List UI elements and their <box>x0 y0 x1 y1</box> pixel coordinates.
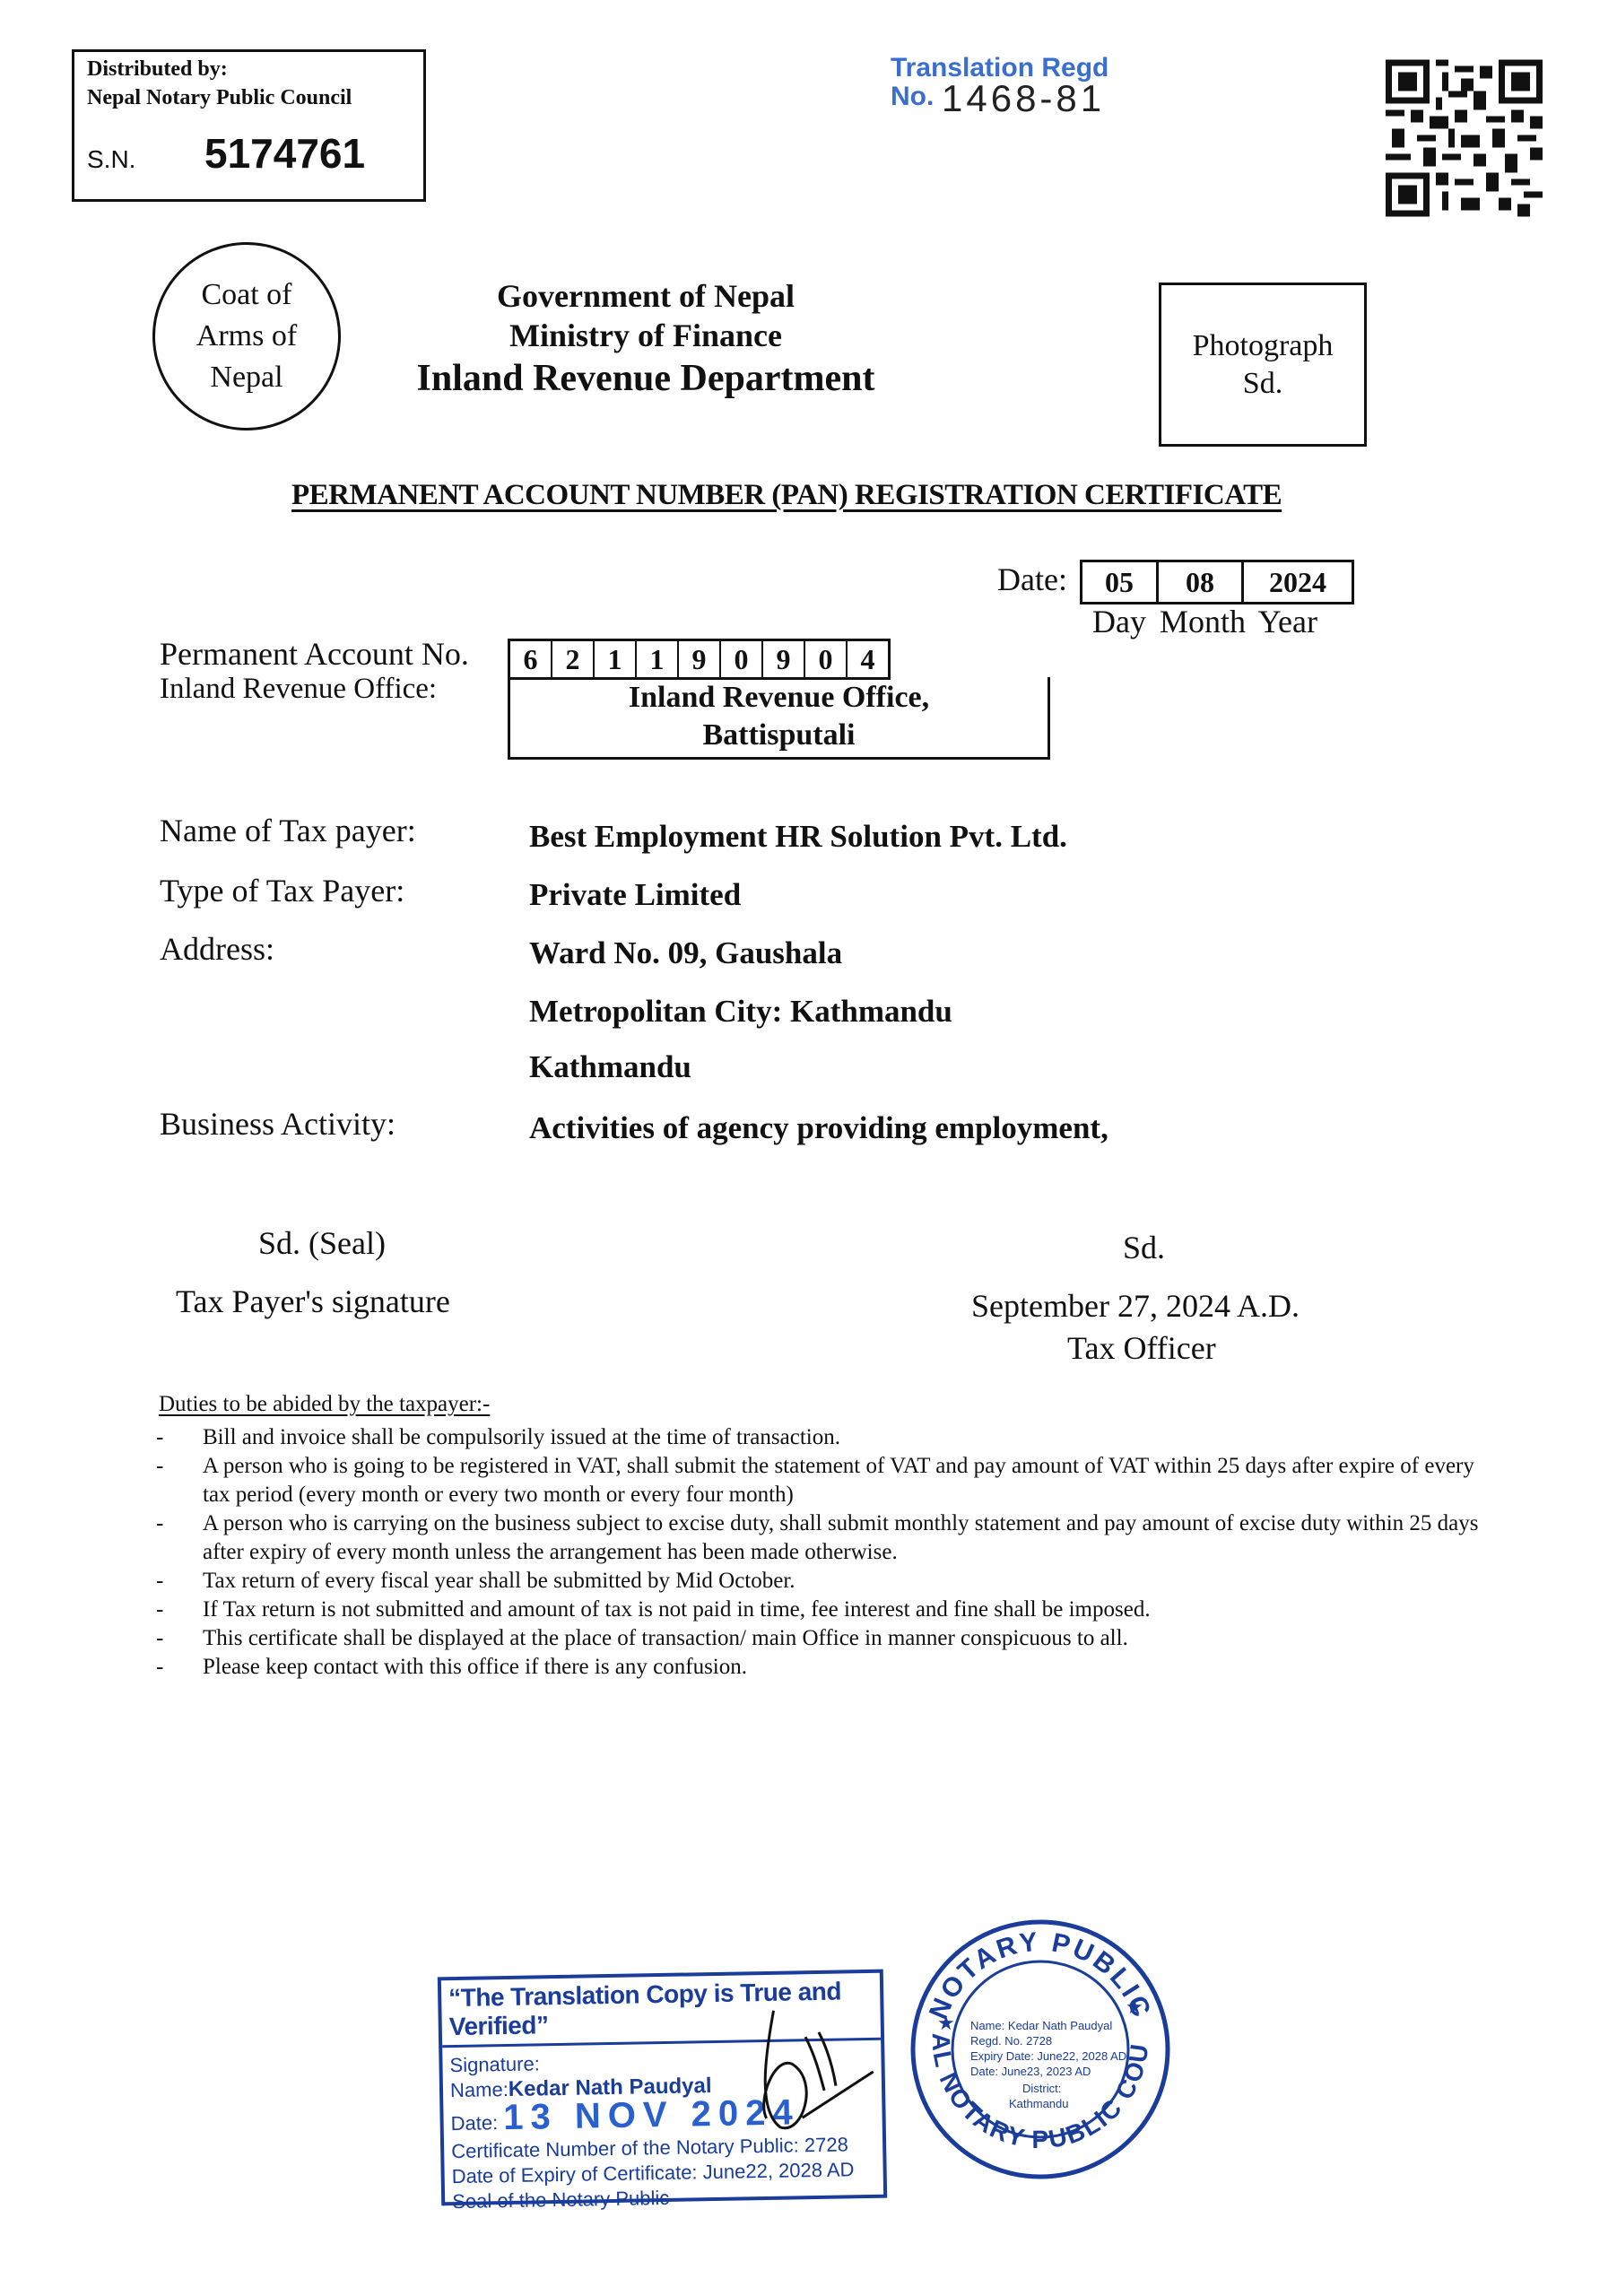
officer-signed: Sd. <box>1123 1229 1165 1266</box>
date-day: 05 <box>1082 562 1159 602</box>
pan-digit: 1 <box>637 641 679 677</box>
office-line-2: Battisputali <box>510 717 1048 754</box>
stamp-name-label: Name: <box>450 2078 509 2101</box>
distributor-box: Distributed by: Nepal Notary Public Coun… <box>72 49 426 202</box>
coat-line-2: Arms of <box>196 316 297 357</box>
pan-digit: 0 <box>805 641 848 677</box>
taxpayer-name-value: Best Employment HR Solution Pvt. Ltd. <box>529 819 1067 855</box>
serial-number: 5174761 <box>204 129 365 178</box>
government-header: Government of Nepal Ministry of Finance … <box>395 276 897 402</box>
seal-regd: Regd. No. 2728 <box>970 2034 1052 2048</box>
seal-star-right-icon: ★ <box>1126 1996 1143 2018</box>
coat-line-1: Coat of <box>201 274 291 316</box>
serial-number-label: S.N. <box>87 145 135 174</box>
coat-line-3: Nepal <box>210 357 283 398</box>
seal-district-label: District: <box>1022 2082 1061 2095</box>
taxpayer-name-label: Name of Tax payer: <box>160 812 416 849</box>
pan-digit: 4 <box>848 641 888 677</box>
officer-date: September 27, 2024 A.D. <box>971 1287 1300 1325</box>
taxpayer-type-label: Type of Tax Payer: <box>160 872 404 909</box>
duty-item: A person who is carrying on the business… <box>152 1509 1480 1567</box>
ministry-name: Ministry of Finance <box>395 316 897 355</box>
address-label: Address: <box>160 930 274 968</box>
duty-item: Please keep contact with this office if … <box>152 1653 1480 1682</box>
pan-label: Permanent Account No. <box>160 635 469 673</box>
translation-reg-number: 1468-81 <box>942 77 1105 120</box>
coat-of-arms-placeholder: Coat of Arms of Nepal <box>152 242 341 430</box>
duties-title: Duties to be abided by the taxpayer:- <box>159 1392 490 1417</box>
photo-signed: Sd. <box>1243 365 1282 403</box>
office-label: Inland Revenue Office: <box>160 673 437 706</box>
government-name: Government of Nepal <box>395 276 897 316</box>
pan-digit: 6 <box>510 641 552 677</box>
pan-digit: 0 <box>721 641 763 677</box>
certificate-title: PERMANENT ACCOUNT NUMBER (PAN) REGISTRAT… <box>291 479 1282 512</box>
taxpayer-type-value: Private Limited <box>529 877 741 913</box>
business-activity-label: Business Activity: <box>160 1105 396 1143</box>
officer-label: Tax Officer <box>1067 1329 1216 1367</box>
duty-item: If Tax return is not submitted and amoun… <box>152 1596 1480 1624</box>
date-month: 08 <box>1159 562 1244 602</box>
office-line-1: Inland Revenue Office, <box>510 679 1048 717</box>
office-value-box: Inland Revenue Office, Battisputali <box>508 677 1050 760</box>
date-sub-labels: Day Month Year <box>1092 603 1317 640</box>
address-line-2: Metropolitan City: Kathmandu <box>529 994 952 1030</box>
address-line-3: Kathmandu <box>529 1049 691 1085</box>
svg-text:NOTARY PUBLIC: NOTARY PUBLIC <box>924 1927 1157 2024</box>
date-year: 2024 <box>1244 562 1352 602</box>
notary-public-seal-icon: NOTARY PUBLIC NEPAL NOTARY PUBLIC COUNCI… <box>906 1915 1175 2184</box>
seal-date: Date: June23, 2023 AD <box>970 2065 1091 2078</box>
duty-item: A person who is going to be registered i… <box>152 1452 1480 1509</box>
duties-list: Bill and invoice shall be compulsorily i… <box>152 1423 1480 1682</box>
duty-item: This certificate shall be displayed at t… <box>152 1624 1480 1653</box>
business-activity-value: Activities of agency providing employmen… <box>529 1110 1108 1146</box>
photo-label: Photograph <box>1193 327 1334 365</box>
date-grid: 05 08 2024 <box>1080 560 1354 604</box>
pan-digit: 9 <box>679 641 721 677</box>
seal-expiry: Expiry Date: June22, 2028 AD <box>970 2049 1126 2063</box>
seal-top-text: NOTARY PUBLIC <box>924 1927 1157 2024</box>
seal-star-left-icon: ★ <box>937 2012 955 2034</box>
duty-item: Tax return of every fiscal year shall be… <box>152 1567 1480 1596</box>
address-line-1: Ward No. 09, Gaushala <box>529 935 842 971</box>
duty-item: Bill and invoice shall be compulsorily i… <box>152 1423 1480 1452</box>
pan-digit: 2 <box>552 641 595 677</box>
seal-name: Name: Kedar Nath Paudyal <box>970 2019 1112 2032</box>
distributor-name: Nepal Notary Public Council <box>87 86 352 110</box>
photograph-placeholder: Photograph Sd. <box>1159 283 1367 447</box>
department-name: Inland Revenue Department <box>395 355 897 402</box>
taxpayer-signature-label: Tax Payer's signature <box>176 1283 450 1320</box>
pan-digits: 621190904 <box>508 639 891 680</box>
pan-digit: 9 <box>763 641 805 677</box>
taxpayer-signed: Sd. (Seal) <box>258 1224 386 1262</box>
handwritten-signature-icon <box>737 2000 892 2146</box>
distributor-label: Distributed by: <box>87 57 228 82</box>
stamp-date-label: Date: <box>450 2111 498 2135</box>
qr-code-icon <box>1386 58 1543 218</box>
translation-verification-stamp: “The Translation Copy is True and Verifi… <box>438 1970 887 2206</box>
date-label: Date: <box>997 561 1067 598</box>
pan-digit: 1 <box>595 641 637 677</box>
seal-district: Kathmandu <box>1009 2097 1069 2110</box>
